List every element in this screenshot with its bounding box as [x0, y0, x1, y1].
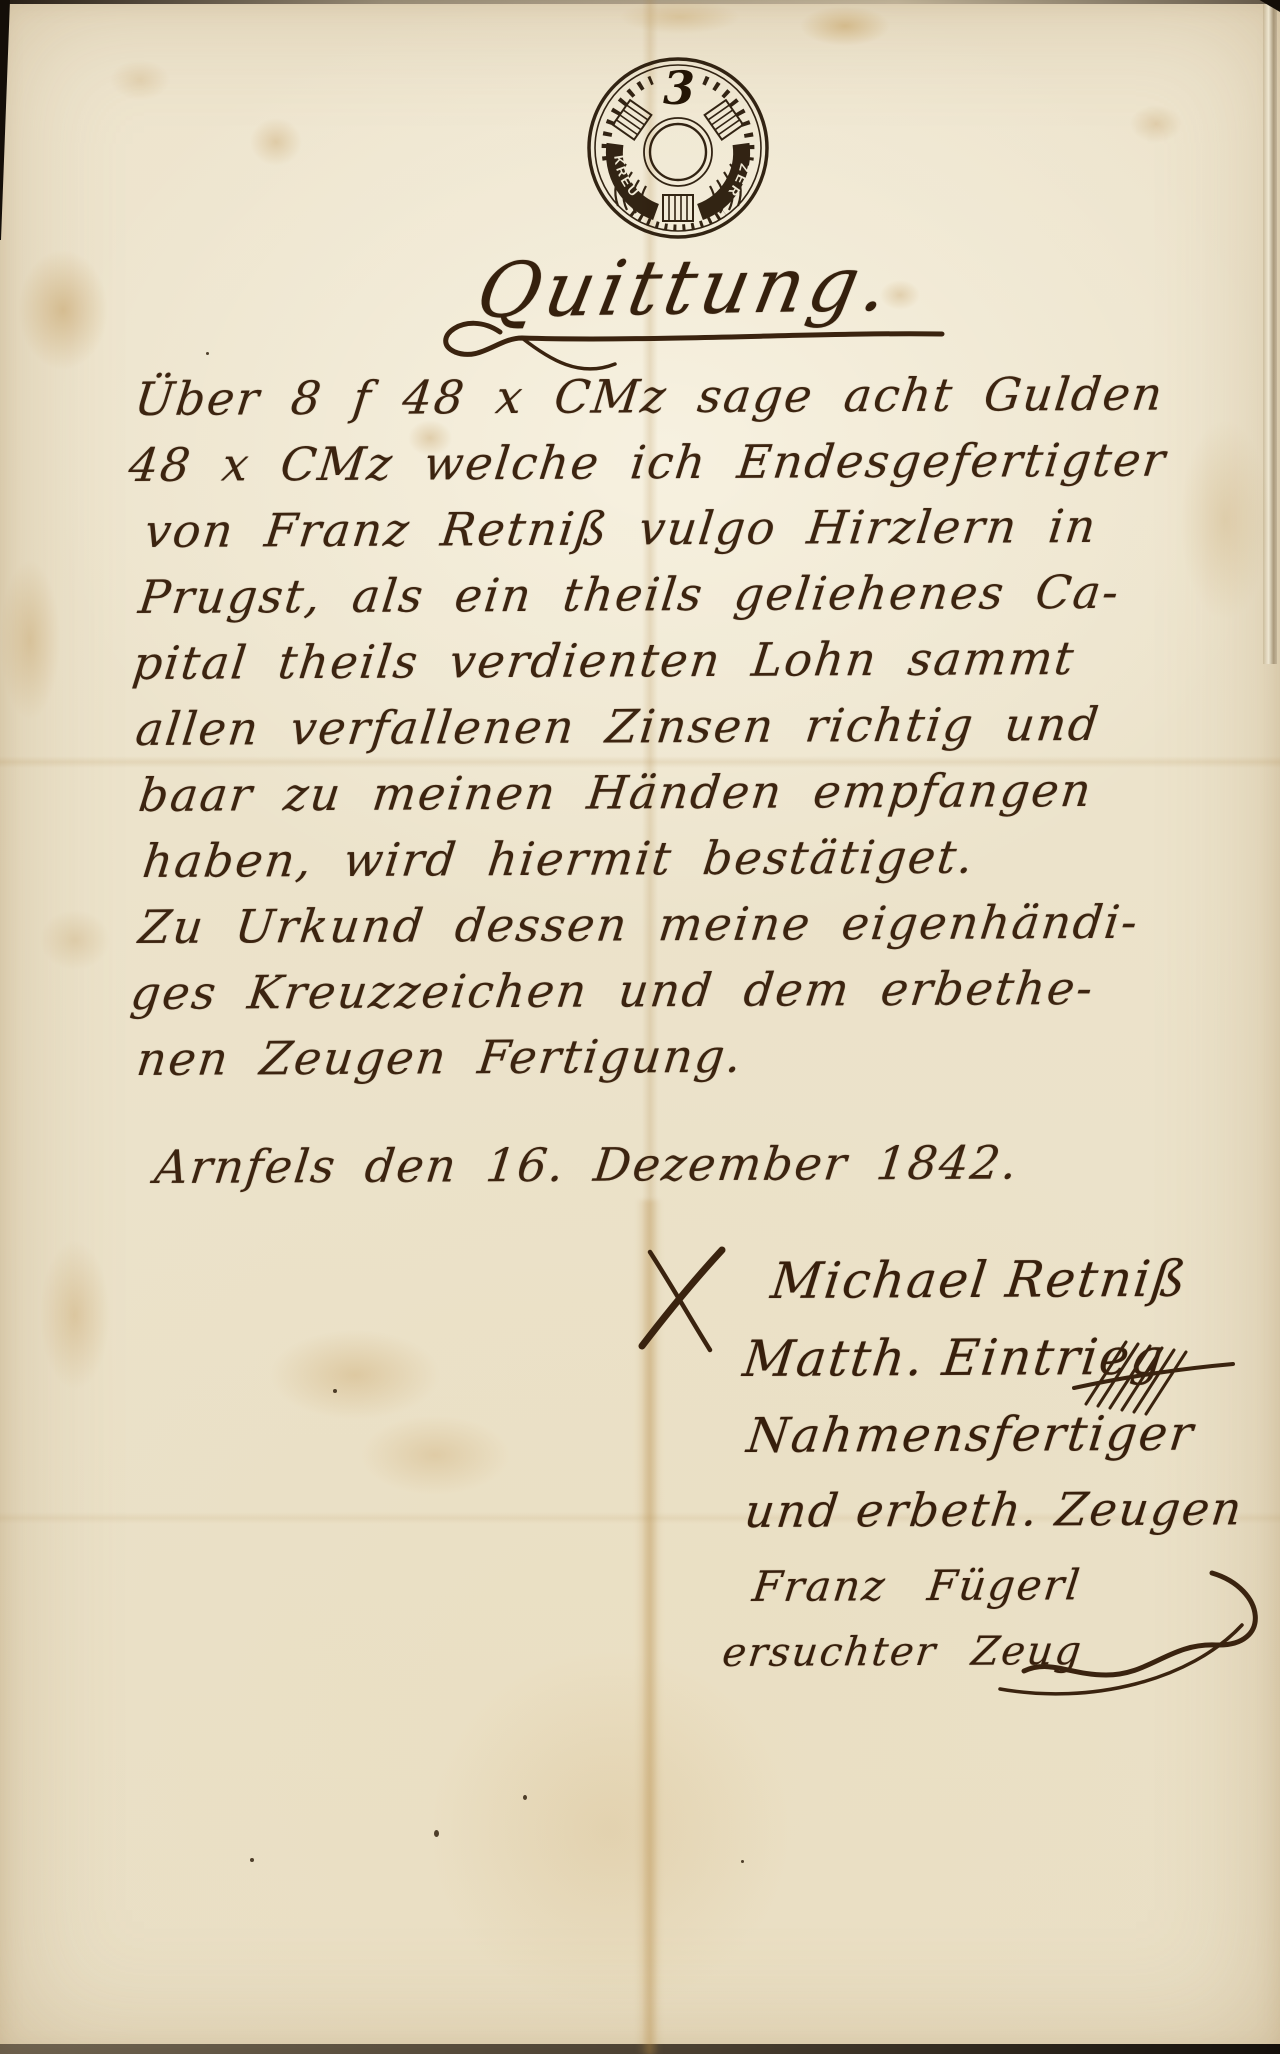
body-line-8: haben, wird hiermit bestätiget.: [140, 830, 978, 888]
ink-speck: [741, 1860, 744, 1863]
body-line-9: Zu Urkund dessen meine eigenhändi-: [136, 895, 1142, 954]
ink-speck: [206, 352, 209, 355]
body-line-7: baar zu meinen Händen empfangen: [136, 763, 1096, 822]
cross-mark: [628, 1242, 738, 1357]
second-sheet-edge: [1263, 4, 1277, 664]
body-line-5: pital theils verdienten Lohn sammt: [130, 631, 1078, 690]
revenue-stamp-icon: 3 KREU ZER: [582, 52, 774, 244]
body-line-2: 48 x CMz welche ich Endesgefertigter: [126, 433, 1170, 492]
ink-speck: [333, 1389, 337, 1393]
signature-role-1: Nahmensfertiger: [744, 1406, 1198, 1464]
body-line-4: Prugst, als ein theils geliehenes Ca-: [136, 565, 1123, 624]
body-line-10: ges Kreuzzeichen und dem erbethe-: [128, 961, 1097, 1020]
signature-name-1: Michael Retniß: [768, 1250, 1191, 1310]
body-line-1: Über 8 f 48 x CMz sage acht Gulden: [132, 367, 1167, 426]
body-line-3: von Franz Retniß vulgo Hirzlern in: [142, 499, 1100, 558]
body-line-6: allen verfallenen Zinsen richtig und: [133, 697, 1103, 756]
ink-speck: [523, 1795, 527, 1800]
ink-speck: [434, 1830, 439, 1837]
stamp-denomination: 3: [663, 61, 695, 115]
paper-edge-top: [0, 0, 1280, 4]
signature-role-2: und erbeth. Zeugen: [742, 1481, 1246, 1538]
document-photo: 3 KREU ZER Quittung. Über 8 f 48 x CMz s…: [0, 0, 1280, 2054]
ink-speck: [250, 1858, 254, 1862]
date-line: Arnfels den 16. Dezember 1842.: [152, 1135, 1022, 1194]
body-line-11: nen Zeugen Fertigung.: [134, 1029, 746, 1086]
signature-swash-flourish: [980, 1555, 1280, 1705]
